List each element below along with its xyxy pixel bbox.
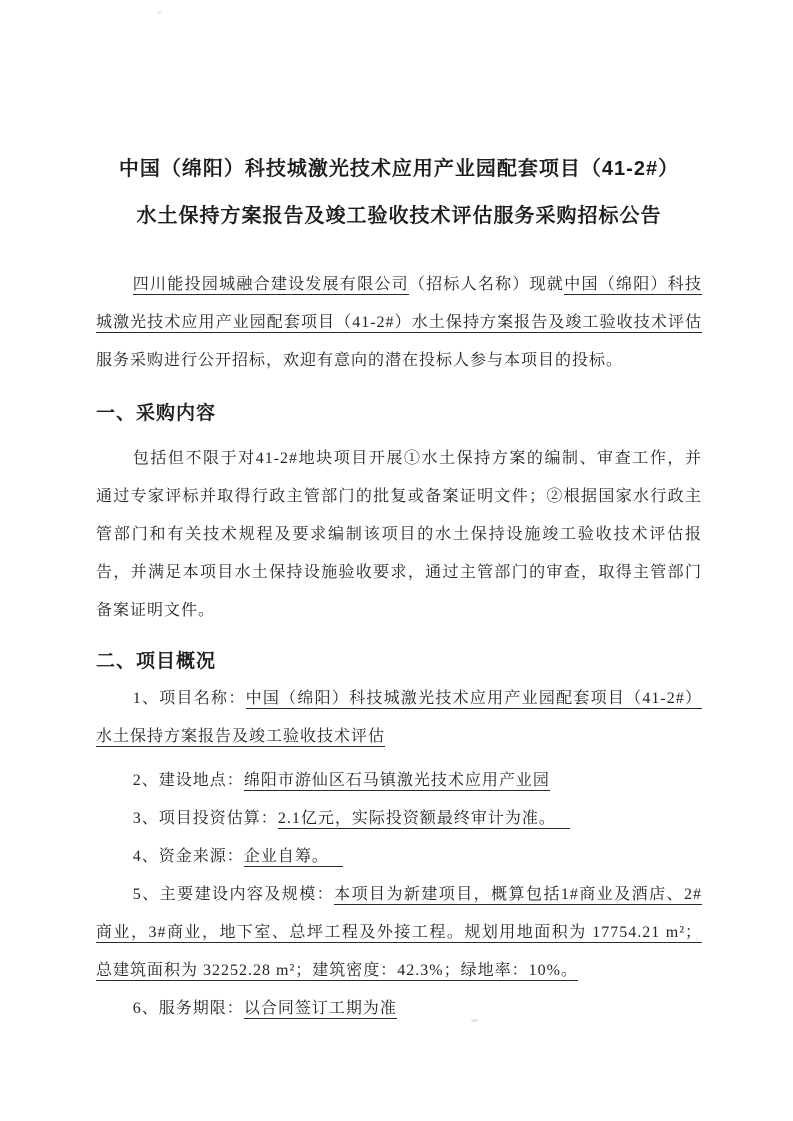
item-funding-source-label: 4、资金来源： <box>133 848 244 865</box>
document-body: 中国（绵阳）科技城激光技术应用产业园配套项目（41-2#） 水土保持方案报告及竣… <box>96 0 702 1028</box>
intro-text-tail: 服务采购进行公开招标，欢迎有意向的潜在投标人参与本项目的投标。 <box>96 352 623 369</box>
intro-text: （招标人名称）现就 <box>409 276 564 293</box>
project-overview-items: 1、项目名称：中国（绵阳）科技城激光技术应用产业园配套项目（41-2#）水土保持… <box>96 680 702 1028</box>
section-heading-project-overview: 二、项目概况 <box>96 648 702 676</box>
item-construction-scope: 5、主要建设内容及规模：本项目为新建项目，概算包括1#商业及酒店、2#商业，3#… <box>96 876 702 990</box>
procurement-content-paragraph: 包括但不限于对41-2#地块项目开展①水土保持方案的编制、审查工作，并通过专家评… <box>96 440 702 630</box>
item-construction-site-value: 绵阳市游仙区石马镇激光技术应用产业园 <box>244 772 550 791</box>
intro-paragraph: 四川能投园城融合建设发展有限公司（招标人名称）现就中国（绵阳）科技城激光技术应用… <box>96 266 702 380</box>
item-project-name: 1、项目名称：中国（绵阳）科技城激光技术应用产业园配套项目（41-2#）水土保持… <box>96 680 702 756</box>
section-heading-procurement-content: 一、采购内容 <box>96 400 702 428</box>
item-funding-source-value: 企业自筹。 <box>244 848 343 867</box>
document-page: 中国（绵阳）科技城激光技术应用产业园配套项目（41-2#） 水土保持方案报告及竣… <box>0 0 793 1121</box>
bidder-name-underlined: 四川能投园城融合建设发展有限公司 <box>133 276 409 295</box>
item-construction-scope-label: 5、主要建设内容及规模： <box>133 886 334 903</box>
item-service-period-label: 6、服务期限： <box>133 1000 244 1017</box>
document-title: 中国（绵阳）科技城激光技术应用产业园配套项目（41-2#） 水土保持方案报告及竣… <box>96 146 702 240</box>
item-construction-site: 2、建设地点：绵阳市游仙区石马镇激光技术应用产业园 <box>96 762 702 800</box>
item-investment-estimate: 3、项目投资估算：2.1亿元，实际投资额最终审计为准。 <box>96 800 702 838</box>
item-service-period-value: 以合同签订工期为准 <box>244 1000 397 1019</box>
item-funding-source: 4、资金来源：企业自筹。 <box>96 838 702 876</box>
item-project-name-label: 1、项目名称： <box>133 690 246 707</box>
title-line-2: 水土保持方案报告及竣工验收技术评估服务采购招标公告 <box>96 193 702 240</box>
item-investment-estimate-value: 2.1亿元，实际投资额最终审计为准。 <box>278 810 570 829</box>
item-construction-site-label: 2、建设地点： <box>133 772 244 789</box>
title-line-1: 中国（绵阳）科技城激光技术应用产业园配套项目（41-2#） <box>96 146 702 193</box>
item-investment-estimate-label: 3、项目投资估算： <box>133 810 278 827</box>
item-service-period: 6、服务期限：以合同签订工期为准 <box>96 990 702 1028</box>
